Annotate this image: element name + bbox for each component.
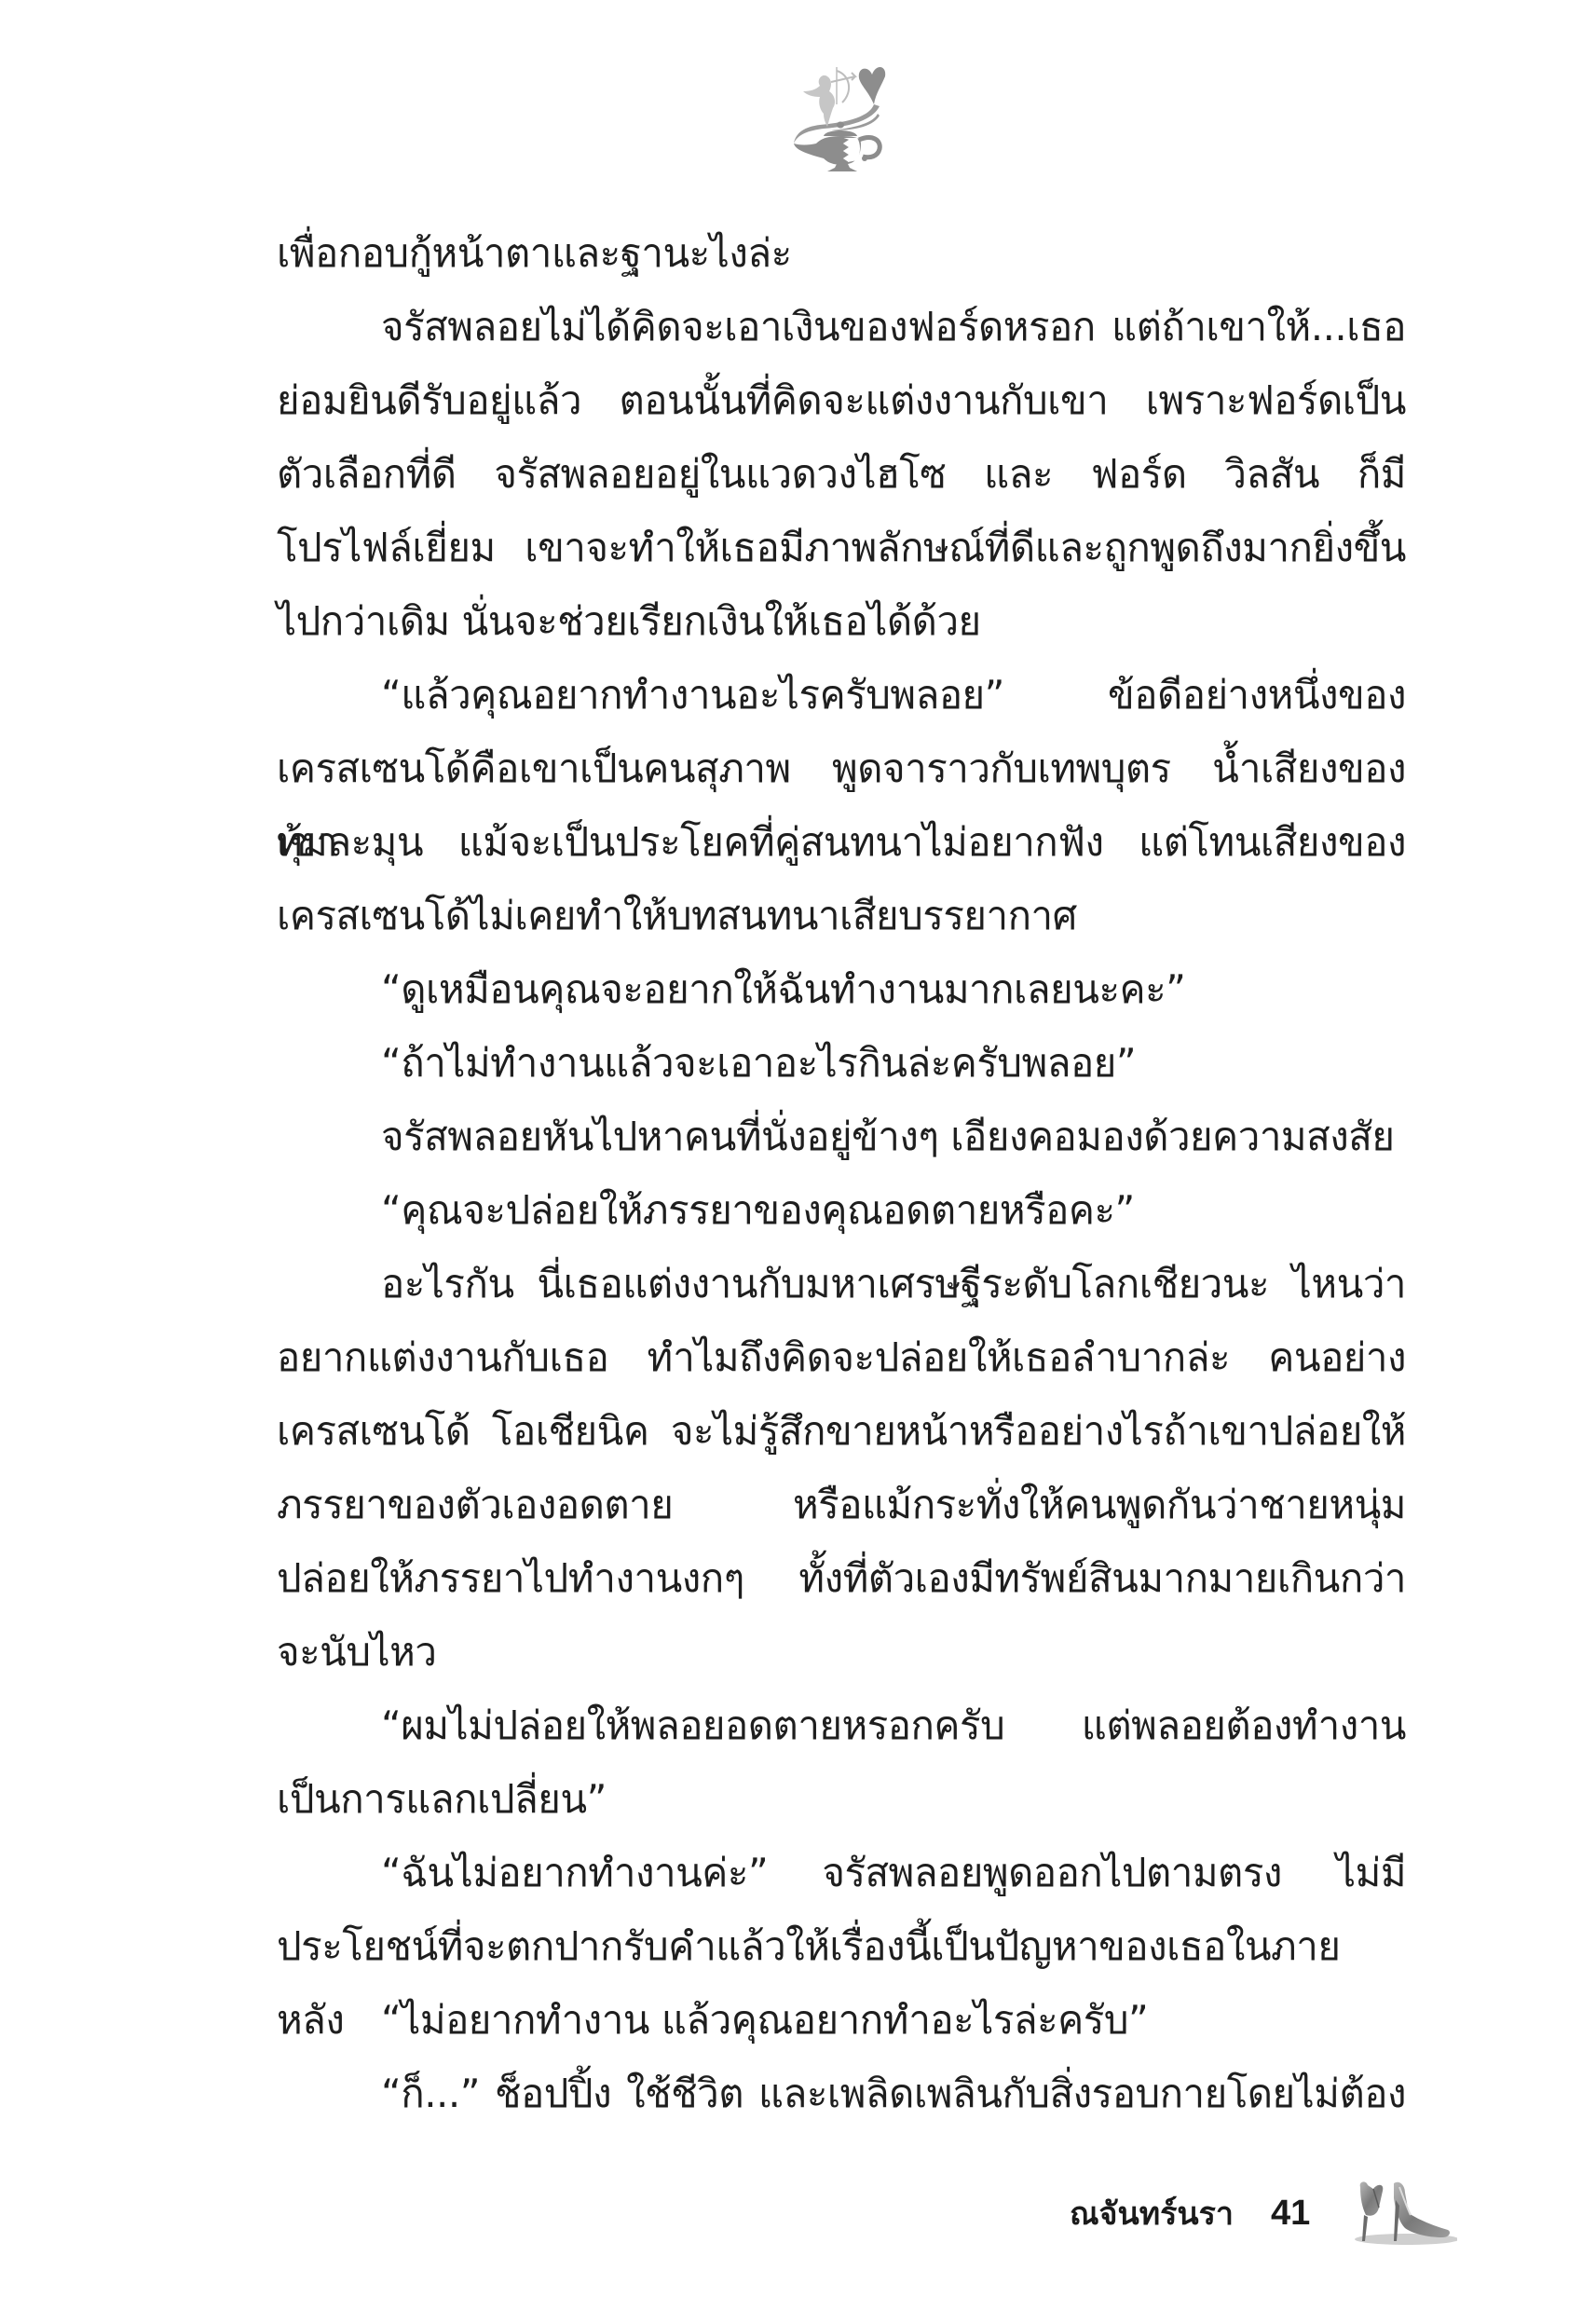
text-line: เครสเซนโด้ โอเชียนิค จะไม่รู้สึกขายหน้าห…	[277, 1394, 1406, 1468]
text-line: ปล่อยให้ภรรยาไปทำงานงกๆ ทั้งที่ตัวเองมีท…	[277, 1541, 1406, 1615]
text-line: เป็นการแลกเปลี่ยน”	[277, 1762, 1406, 1836]
text-line: เครสเซนโด้คือเขาเป็นคนสุภาพ พูดจาราวกับเ…	[277, 732, 1406, 805]
text-line: “ก็...” ช็อปปิ้ง ใช้ชีวิต และเพลิดเพลินก…	[277, 2057, 1406, 2130]
text-line: “แล้วคุณอยากทำงานอะไรครับพลอย” ข้อดีอย่า…	[277, 658, 1406, 732]
text-line: จะนับไหว	[277, 1615, 1406, 1689]
author-name: ณจันทร์นรา	[1070, 2188, 1234, 2238]
text-line: โปรไฟล์เยี่ยม เขาจะทำให้เธอมีภาพลักษณ์ที…	[277, 511, 1406, 584]
page-number: 41	[1271, 2194, 1310, 2234]
text-line: ตัวเลือกที่ดี จรัสพลอยอยู่ในแวดวงไฮโซ แล…	[277, 437, 1406, 511]
cupid-genie-lamp-icon	[783, 54, 896, 171]
text-line: “ฉันไม่อยากทำงานค่ะ” จรัสพลอยพูดออกไปตาม…	[277, 1836, 1406, 1909]
text-line: เครสเซนโด้ไม่เคยทำให้บทสนทนาเสียบรรยากาศ	[277, 879, 1406, 952]
text-line: เพื่อกอบกู้หน้าตาและฐานะไงล่ะ	[277, 216, 1406, 290]
text-line: ย่อมยินดีรับอยู่แล้ว ตอนนั้นที่คิดจะแต่ง…	[277, 363, 1406, 437]
text-line: จรัสพลอยหันไปหาคนที่นั่งอยู่ข้างๆ เอียงค…	[277, 1100, 1406, 1173]
text-line: “ดูเหมือนคุณจะอยากให้ฉันทำงานมากเลยนะคะ”	[277, 952, 1406, 1026]
text-line: “ไม่อยากทำงาน แล้วคุณอยากทำอะไรล่ะครับ”	[277, 1983, 1406, 2057]
text-line: “ถ้าไม่ทำงานแล้วจะเอาอะไรกินล่ะครับพลอย”	[277, 1026, 1406, 1100]
text-line: “คุณจะปล่อยให้ภรรยาของคุณอดตายหรือคะ”	[277, 1173, 1406, 1247]
text-line: ทุ้มละมุน แม้จะเป็นประโยคที่คู่สนทนาไม่อ…	[277, 805, 1406, 879]
text-line: อะไรกัน นี่เธอแต่งงานกับมหาเศรษฐีระดับโล…	[277, 1247, 1406, 1320]
high-heels-icon	[1342, 2180, 1457, 2247]
text-line: ภรรยาของตัวเองอดตาย หรือแม้กระทั่งให้คนพ…	[277, 1468, 1406, 1541]
text-line: ประโยชน์ที่จะตกปากรับคำแล้วให้เรื่องนี้เ…	[277, 1909, 1406, 1983]
text-line: ไปกว่าเดิม นั่นจะช่วยเรียกเงินให้เธอได้ด…	[277, 584, 1406, 658]
text-line: “ผมไม่ปล่อยให้พลอยอดตายหรอกครับ แต่พลอยต…	[277, 1689, 1406, 1762]
text-line: จรัสพลอยไม่ได้คิดจะเอาเงินของฟอร์ดหรอก แ…	[277, 290, 1406, 363]
page-footer: ณจันทร์นรา 41	[1070, 2181, 1457, 2246]
text-line: อยากแต่งงานกับเธอ ทำไมถึงคิดจะปล่อยให้เธ…	[277, 1320, 1406, 1394]
page-body: เพื่อกอบกู้หน้าตาและฐานะไงล่ะ จรัสพลอยไม…	[277, 216, 1406, 2130]
